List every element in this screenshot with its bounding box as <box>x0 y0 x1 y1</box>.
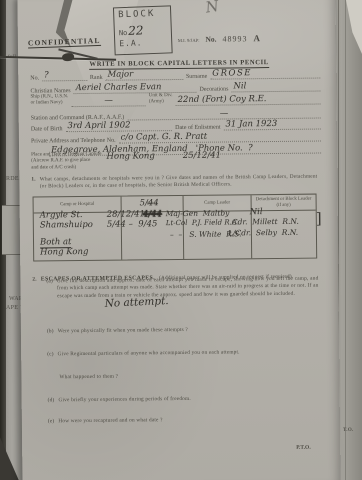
private-address-value-1: c/o Capt. G. R. Pratt <box>120 132 207 143</box>
question-2e: (e) How were you recaptured and on what … <box>48 416 320 426</box>
stamp-line3: E.A. <box>119 37 167 48</box>
answer-2a-handwritten: No attempt. <box>104 295 168 310</box>
rank-value: Major <box>107 69 133 79</box>
capture-label: Place and Date of Original Capture (Airc… <box>31 152 102 171</box>
capture-date-value: 25/12/41 <box>183 151 221 161</box>
decorations-value: Nil <box>233 81 246 91</box>
date-of-enlistment-value: 31 Jan 1923 <box>225 119 277 130</box>
dates-row2: 5/44 – 9/45 <box>107 219 158 230</box>
camp-row1: Argyle St. <box>40 210 83 220</box>
question-2b-label: (b) <box>47 328 54 335</box>
ship-label: Ship (R.N., U.S.N.or Indian Navy) <box>30 94 68 107</box>
camp-row2: Shamshuipo <box>40 220 93 231</box>
question-2e-text: How were you recaptured and on what date… <box>58 417 162 425</box>
ship-value: — <box>104 95 113 105</box>
inserted-date: 5/44 <box>140 198 159 208</box>
unit-div-label: Unit & Div.(Army) <box>149 93 173 106</box>
surname-value: GROSE <box>212 68 252 78</box>
stamp-no-label: No <box>119 29 128 37</box>
no-label: No. <box>30 75 39 81</box>
dates-row1-struck: 4/44 <box>143 209 162 219</box>
scanned-document-photo: nd full RDERS WAR. APE ? T.O. CONFIDENTI… <box>0 0 362 480</box>
rank-label: Rank <box>90 75 103 81</box>
stamp-number-handwritten: 22 <box>128 23 144 38</box>
pencil-scribble-mark: N <box>204 0 220 17</box>
field-row-ship-unit: Ship (R.N., U.S.N.or Indian Navy) — Unit… <box>30 92 320 108</box>
question-2d-text: Give briefly your experiences during per… <box>58 396 190 405</box>
field-row-capture: Place and Date of Original Capture (Airc… <box>31 150 321 172</box>
question-2e-label: (e) <box>48 418 55 425</box>
question-2a-text: Give full description and approx. date o… <box>57 276 319 301</box>
capture-place-value: Hong Kong <box>106 151 154 162</box>
question-2c-label: (c) <box>47 351 54 358</box>
ref-number: 48993 <box>222 34 247 43</box>
ref-prefix: M.I. 9/JAP: <box>178 38 200 43</box>
pencil-bracket-mark: ] <box>316 210 322 228</box>
question-2c: (c) Give Regimental particulars of anyon… <box>47 349 319 359</box>
questionnaire-form-sheet: CONFIDENTIAL BLOCK No22 E.A. M.I. 9/JAP:… <box>17 0 340 480</box>
block-row2: Cdr. Millett R.N. <box>232 217 299 227</box>
camp-row4: Hong Kong <box>40 247 88 258</box>
section-2-number: 2. <box>32 276 36 282</box>
unit-div-value: 22nd (Fort) Coy R.E. <box>177 94 266 105</box>
station-command-value: — <box>220 108 229 118</box>
ref-series-letter: A <box>253 33 260 43</box>
no-value: ? <box>44 70 49 80</box>
question-1-text: What camps, detachments or hospitals wer… <box>40 174 318 192</box>
christian-names-value: Aeriel Charles Evan <box>76 82 162 93</box>
leader-row2: Lt-Col P.J. Field R.A. <box>166 218 239 227</box>
surname-label: Surname <box>186 74 207 80</box>
pto-label: P.T.O. <box>296 445 311 451</box>
question-2c-text: Give Regimental particulars of anyone wh… <box>58 349 240 358</box>
field-row-no-rank-surname: No. ? Rank Major Surname GROSE <box>30 68 320 82</box>
question-1-number: 1. <box>31 176 35 183</box>
date-of-enlistment-label: Date of Enlistment <box>175 125 220 131</box>
question-2a-label: (a) <box>46 278 53 285</box>
date-of-birth-label: Date of Birth <box>31 126 63 132</box>
question-2d: (d) Give briefly your experiences during… <box>48 395 320 405</box>
form-instruction-title: WRITE IN BLOCK CAPITAL LETTERS IN PENCIL <box>52 59 306 69</box>
right-margin-pto-fragment: T.O. <box>343 428 354 433</box>
block-row3: L/Cdr. Selby R.N. <box>228 228 298 238</box>
question-2c2-text: What happened to them ? <box>59 374 118 382</box>
block-row1: Nil <box>250 207 263 217</box>
question-2a: (a) Give full description and approx. da… <box>46 276 318 301</box>
date-of-birth-value: 3rd April 1902 <box>67 121 130 132</box>
reference-number-line: M.I. 9/JAP: No. 48993 A <box>178 33 260 44</box>
question-2b-text: Were you physically fit when you made th… <box>58 327 188 336</box>
question-1: 1. What camps, detachments or hospitals … <box>31 174 317 192</box>
question-2c2: What happened to them ? <box>59 372 319 382</box>
private-address-label: Private Address and Telephone No. <box>31 138 116 145</box>
string-knot <box>62 53 74 61</box>
question-2b: (b) Were you physically fit when you mad… <box>47 326 319 336</box>
block-number-stamp-box: BLOCK No22 E.A. <box>113 5 173 55</box>
ref-no-label: No. <box>205 35 216 44</box>
leader-row1: Maj-Gen Maltby <box>166 208 230 218</box>
right-sheet-edge2 <box>345 0 346 480</box>
question-2d-label: (d) <box>48 397 55 404</box>
